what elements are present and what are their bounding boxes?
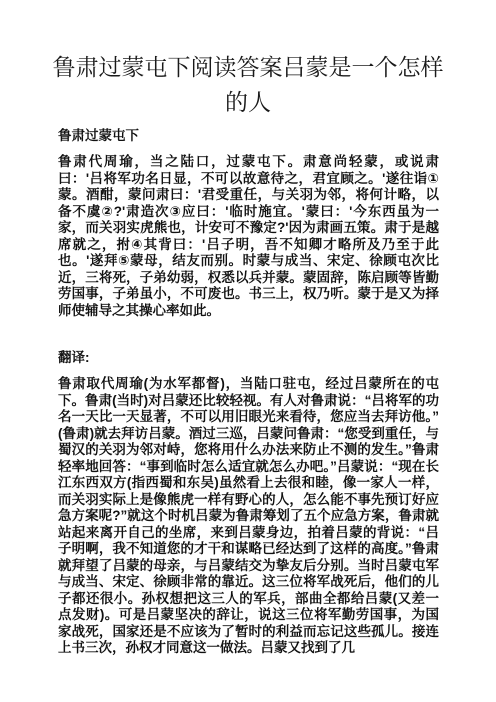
original-text-paragraph: 鲁肃代周瑜，当之陆口，过蒙屯下。肃意尚轻蒙，或说肃曰：'吕将军功名日显，不可以故… [58, 154, 439, 319]
section-heading-original-text: 鲁肃过蒙屯下 [58, 128, 439, 144]
translation-paragraph: 鲁肃取代周瑜(为水军都督)，当陆口驻屯，经过吕蒙所在的屯下。鲁肃(当时)对吕蒙还… [58, 376, 439, 657]
page-title: 鲁肃过蒙屯下阅读答案吕蒙是一个怎样的人 [47, 50, 449, 120]
document-page: 鲁肃过蒙屯下阅读答案吕蒙是一个怎样的人 鲁肃过蒙屯下 鲁肃代周瑜，当之陆口，过蒙… [0, 0, 496, 702]
document-body: 鲁肃过蒙屯下 鲁肃代周瑜，当之陆口，过蒙屯下。肃意尚轻蒙，或说肃曰：'吕将军功名… [58, 128, 439, 657]
translation-heading: 翻译: [58, 350, 439, 366]
